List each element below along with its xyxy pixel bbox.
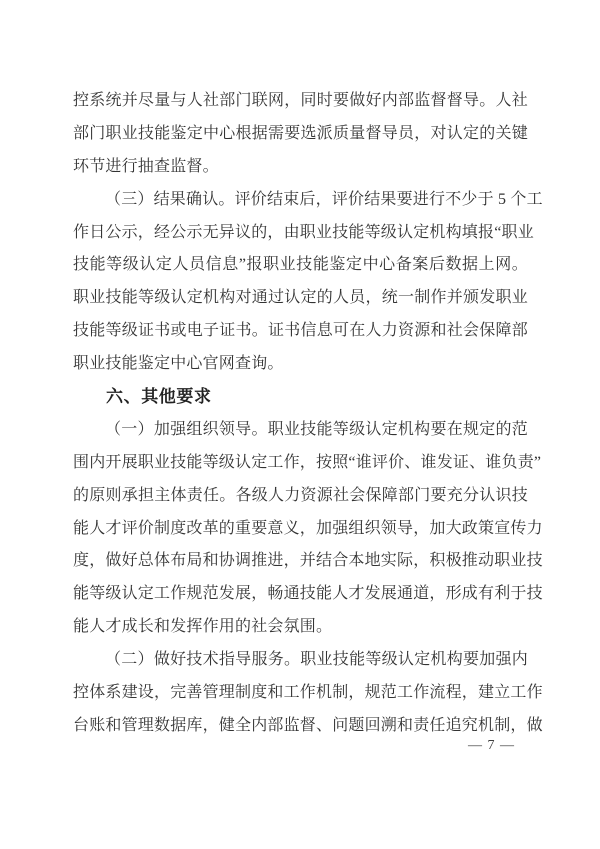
- text-line: 能人才成长和发挥作用的社会氛围。: [73, 611, 528, 644]
- document-page: 控系统并尽量与人社部门联网，同时要做好内部监督督导。人社部门职业技能鉴定中心根据…: [0, 0, 600, 849]
- section-heading: 六、其他要求: [73, 381, 528, 414]
- text-line: 围内开展职业技能等级认定工作，按照“谁评价、谁发证、谁负责”: [73, 447, 528, 480]
- text-line: 部门职业技能鉴定中心根据需要选派质量督导员，对认定的关键: [73, 118, 528, 151]
- text-line: （一）加强组织领导。职业技能等级认定机构要在规定的范: [73, 414, 528, 447]
- text-line: 度，做好总体布局和协调推进，并结合本地实际，积极推动职业技: [73, 545, 528, 578]
- text-line: 能人才评价制度改革的重要意义，加强组织领导，加大政策宣传力: [73, 513, 528, 546]
- text-line: （二）做好技术指导服务。职业技能等级认定机构要加强内: [73, 644, 528, 677]
- section-heading-text: 六、其他要求: [73, 381, 528, 414]
- text-line: 技能等级认定人员信息”报职业技能鉴定中心备案后数据上网。: [73, 249, 528, 282]
- paragraph: （二）做好技术指导服务。职业技能等级认定机构要加强内控体系建设，完善管理制度和工…: [73, 644, 528, 743]
- text-line: 职业技能等级认定机构对通过认定的人员，统一制作并颁发职业: [73, 282, 528, 315]
- paragraph: （三）结果确认。评价结束后，评价结果要进行不少于 5 个工作日公示，经公示无异议…: [73, 184, 528, 381]
- text-line: 能等级认定工作规范发展，畅通技能人才发展通道，形成有利于技: [73, 578, 528, 611]
- text-line: 控系统并尽量与人社部门联网，同时要做好内部监督督导。人社: [73, 85, 528, 118]
- text-line: 台账和管理数据库，健全内部监督、问题回溯和责任追究机制，做: [73, 710, 528, 743]
- text-line: 环节进行抽查监督。: [73, 151, 528, 184]
- text-line: 技能等级证书或电子证书。证书信息可在人力资源和社会保障部: [73, 315, 528, 348]
- document-text: 控系统并尽量与人社部门联网，同时要做好内部监督督导。人社部门职业技能鉴定中心根据…: [73, 85, 528, 743]
- text-line: （三）结果确认。评价结束后，评价结果要进行不少于 5 个工: [73, 184, 528, 217]
- paragraph: （一）加强组织领导。职业技能等级认定机构要在规定的范围内开展职业技能等级认定工作…: [73, 414, 528, 644]
- text-line: 作日公示，经公示无异议的，由职业技能等级认定机构填报“职业: [73, 217, 528, 250]
- text-line: 的原则承担主体责任。各级人力资源社会保障部门要充分认识技: [73, 480, 528, 513]
- paragraph: 控系统并尽量与人社部门联网，同时要做好内部监督督导。人社部门职业技能鉴定中心根据…: [73, 85, 528, 184]
- text-line: 控体系建设，完善管理制度和工作机制，规范工作流程，建立工作: [73, 677, 528, 710]
- page-number: — 7 —: [468, 738, 515, 754]
- text-line: 职业技能鉴定中心官网查询。: [73, 348, 528, 381]
